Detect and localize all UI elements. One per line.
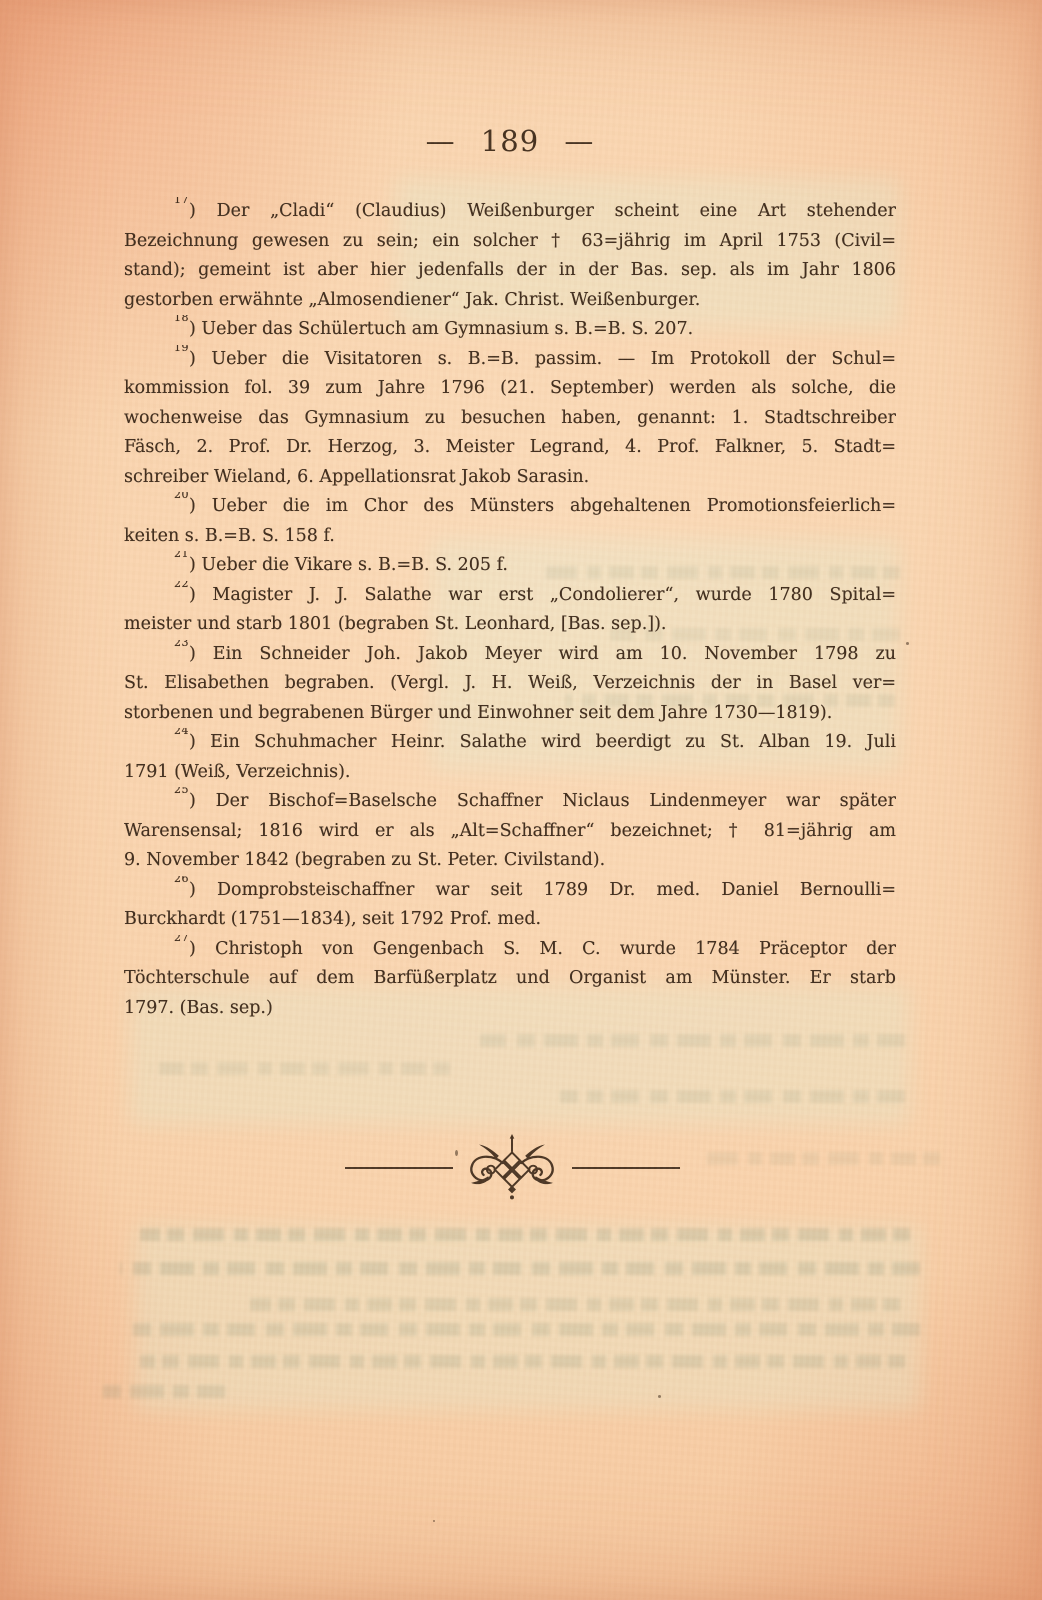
footnote-line: schreiber Wieland, 6. Appellationsrat Ja… [124, 463, 896, 493]
bleedthrough-ghost-line [120, 1262, 920, 1275]
footnote-line: St. Elisabethen begraben. (Vergl. J. H. … [124, 669, 896, 699]
footnote-line: 1797. (Bas. sep.) [124, 994, 896, 1024]
footnote-marker: 27 [174, 935, 189, 944]
bleedthrough-ghost-line [130, 1323, 920, 1336]
bleedthrough-ghost-line [560, 1090, 905, 1103]
footnote-line: 27) Christoph von Gengenbach S. M. C. wu… [124, 935, 896, 965]
bleedthrough-ghost-line [95, 1385, 225, 1398]
footnote-line: storbenen und begrabenen Bürger und Einw… [124, 699, 896, 729]
bleedthrough-patch [135, 1225, 920, 1410]
footnote-line: 9. November 1842 (begraben zu St. Peter.… [124, 846, 896, 876]
flourish-icon [452, 1134, 572, 1200]
footnote-line: 21) Ueber die Vikare s. B.=B. S. 205 f. [124, 551, 896, 581]
footnote-line: Burckhardt (1751—1834), seit 1792 Prof. … [124, 905, 896, 935]
footnote-23: 23) Ein Schneider Joh. Jakob Meyer wird … [124, 640, 896, 729]
footnote-line: 20) Ueber die im Chor des Münsters abgeh… [124, 492, 896, 522]
footnote-marker: 23 [174, 640, 189, 649]
footnote-line: wochenweise das Gymnasium zu besuchen ha… [124, 404, 896, 434]
footnote-27: 27) Christoph von Gengenbach S. M. C. wu… [124, 935, 896, 1024]
footnote-marker: 21 [174, 551, 189, 560]
footnote-19: 19) Ueber die Visitatoren s. B.=B. passi… [124, 345, 896, 493]
tailpiece-rule-left [345, 1167, 453, 1169]
footnote-marker: 19 [174, 345, 189, 354]
footnote-line: 25) Der Bischof=Baselsche Schaffner Nicl… [124, 787, 896, 817]
footnote-line: Bezeichnung gewesen zu sein; ein solcher… [124, 227, 896, 257]
footnote-marker: 18 [174, 315, 189, 324]
footnote-line: keiten s. B.=B. S. 158 f. [124, 522, 896, 552]
footnote-line: meister und starb 1801 (begraben St. Leo… [124, 610, 896, 640]
footnote-line: 19) Ueber die Visitatoren s. B.=B. passi… [124, 345, 896, 375]
footnote-line: Warensensal; 1816 wird er als „Alt=Schaf… [124, 817, 896, 847]
bleedthrough-ghost-line [250, 1298, 900, 1311]
footnote-line: 18) Ueber das Schülertuch am Gymnasium s… [124, 315, 896, 345]
footnote-line: 24) Ein Schuhmacher Heinr. Salathe wird … [124, 728, 896, 758]
paper-speck [433, 1520, 435, 1522]
bleedthrough-ghost-line [150, 1062, 450, 1075]
footnote-marker: 22 [174, 581, 189, 590]
bleedthrough-ghost-line [700, 1152, 940, 1165]
footnote-22: 22) Magister J. J. Salathe war erst „Con… [124, 581, 896, 640]
footnote-20: 20) Ueber die im Chor des Münsters abgeh… [124, 492, 896, 551]
footnote-marker: 24 [174, 728, 189, 737]
paper-speck [906, 642, 909, 645]
footnote-line: gestorben erwähnte „Almosendiener“ Jak. … [124, 286, 896, 316]
bleedthrough-ghost-line [140, 1355, 905, 1368]
page-number: — 189 — [124, 124, 896, 158]
footnote-line: 22) Magister J. J. Salathe war erst „Con… [124, 581, 896, 611]
bleedthrough-ghost-line [480, 1034, 905, 1047]
footnote-line: Fäsch, 2. Prof. Dr. Herzog, 3. Meister L… [124, 433, 896, 463]
footnote-26: 26) Domprobsteischaffner war seit 1789 D… [124, 876, 896, 935]
paper-speck [455, 1150, 458, 1156]
footnote-18: 18) Ueber das Schülertuch am Gymnasium s… [124, 315, 896, 345]
footnote-17: 17) Der „Cladi“ (Claudius) Weißenburger … [124, 197, 896, 315]
footnote-line: kommission fol. 39 zum Jahre 1796 (21. S… [124, 374, 896, 404]
footnote-25: 25) Der Bischof=Baselsche Schaffner Nicl… [124, 787, 896, 876]
footnote-marker: 20 [174, 492, 189, 501]
footnote-marker: 26 [174, 876, 189, 885]
footnote-marker: 25 [174, 787, 189, 796]
book-page-scan: — 189 — 17) Der „Cladi“ (Claudius) Weiße… [0, 0, 1042, 1600]
tailpiece-ornament [0, 1128, 1042, 1218]
footnote-line: 26) Domprobsteischaffner war seit 1789 D… [124, 876, 896, 906]
footnote-marker: 17 [174, 197, 189, 206]
footnote-line: 1791 (Weiß, Verzeichnis). [124, 758, 896, 788]
footnote-21: 21) Ueber die Vikare s. B.=B. S. 205 f. [124, 551, 896, 581]
footnote-line: stand); gemeint ist aber hier jedenfalls… [124, 256, 896, 286]
footnote-line: 23) Ein Schneider Joh. Jakob Meyer wird … [124, 640, 896, 670]
bleedthrough-ghost-line [140, 1228, 910, 1241]
footnote-line: Töchterschule auf dem Barfüßerplatz und … [124, 964, 896, 994]
paper-speck [658, 1395, 661, 1398]
footnote-line: 17) Der „Cladi“ (Claudius) Weißenburger … [124, 197, 896, 227]
tailpiece-rule-right [572, 1167, 680, 1169]
footnotes-block: 17) Der „Cladi“ (Claudius) Weißenburger … [124, 197, 896, 1023]
footnote-24: 24) Ein Schuhmacher Heinr. Salathe wird … [124, 728, 896, 787]
